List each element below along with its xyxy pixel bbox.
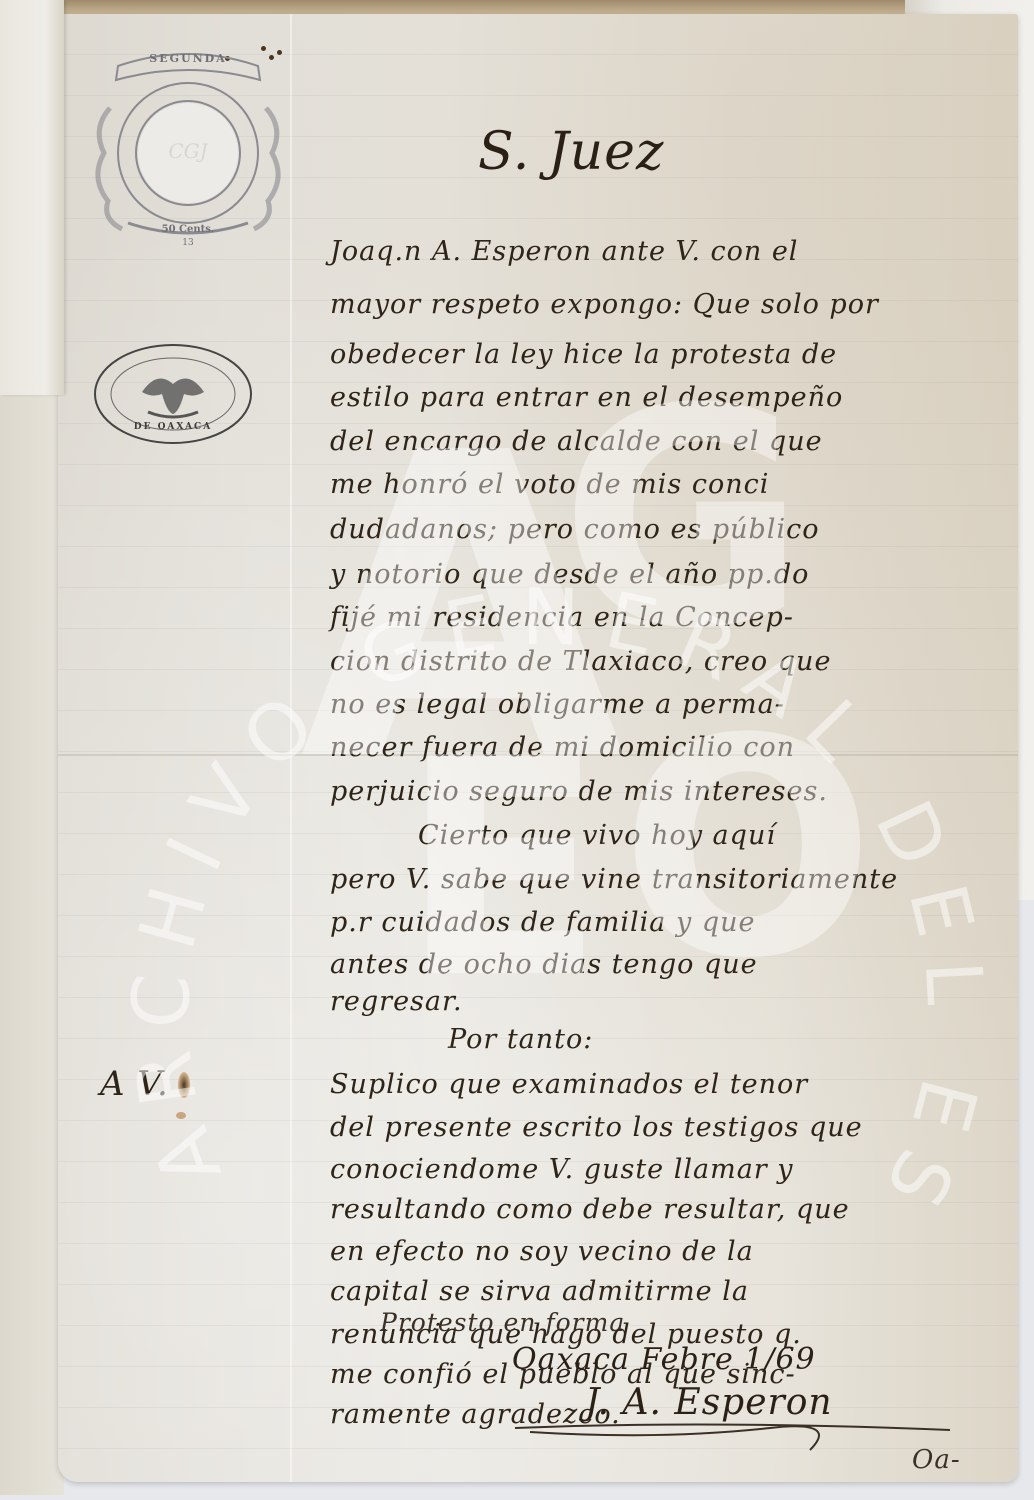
petition-line: conociendome V. guste llamar y bbox=[330, 1154, 794, 1185]
svg-text:CGJ: CGJ bbox=[168, 139, 208, 163]
tax-stamp: CGJ SEGUNDA 50 Cents. 13 bbox=[88, 38, 288, 253]
tax-stamp-number: 13 bbox=[88, 238, 288, 248]
underlying-sheet bbox=[0, 395, 64, 1495]
body-line: necer fuera de mi domicilio con bbox=[330, 732, 795, 763]
signature-flourish-icon bbox=[510, 1410, 950, 1470]
body-line: pero V. sabe que vine transitoriamente bbox=[330, 864, 898, 895]
body-line: fijé mi residencia en la Concep- bbox=[330, 602, 794, 633]
paper-stain bbox=[176, 1112, 186, 1119]
margin-note: A V. bbox=[100, 1064, 169, 1104]
document-page: CGJ SEGUNDA 50 Cents. 13 DE OAXACA S. Ju… bbox=[58, 14, 1018, 1482]
catchword: Oa- bbox=[912, 1445, 961, 1475]
petition-line: capital se sirva admitirme la bbox=[330, 1276, 749, 1307]
body-line: obedecer la ley hice la protesta de bbox=[330, 339, 837, 370]
body-line: regresar. bbox=[330, 986, 463, 1017]
petition-line: Suplico que examinados el tenor bbox=[330, 1069, 808, 1100]
margin-fold bbox=[290, 14, 292, 1482]
body-line: dudadanos; pero como es público bbox=[330, 514, 819, 545]
body-line: del encargo de alcalde con el que bbox=[330, 426, 823, 457]
seal-label: DE OAXACA bbox=[92, 422, 254, 432]
tax-stamp-value: 50 Cents. bbox=[88, 224, 288, 235]
background-edge bbox=[0, 0, 1034, 14]
body-line: Cierto que vivo hoy aquí bbox=[418, 820, 776, 851]
body-line: estilo para entrar en el desempeño bbox=[330, 382, 843, 413]
body-line: p.r cuidados de familia y que bbox=[330, 907, 755, 938]
tax-stamp-label: SEGUNDA bbox=[88, 52, 288, 65]
petition-line: del presente escrito los testigos que bbox=[330, 1112, 863, 1143]
tax-stamp-ornament-icon: CGJ bbox=[88, 38, 288, 253]
body-line: mayor respeto expongo: Que solo por bbox=[330, 289, 879, 320]
oval-seal: DE OAXACA bbox=[92, 342, 254, 446]
body-line: Joaq.n A. Esperon ante V. con el bbox=[330, 236, 798, 267]
body-line: cion distrito de Tlaxiaco, creo que bbox=[330, 646, 831, 677]
por-tanto: Por tanto: bbox=[448, 1024, 593, 1055]
ink-stain bbox=[178, 1072, 190, 1098]
petition-line: en efecto no soy vecino de la bbox=[330, 1236, 754, 1267]
folded-left-sheet bbox=[0, 0, 64, 395]
address-heading: S. Juez bbox=[478, 122, 664, 182]
closing-formula: Protesto en forma bbox=[380, 1308, 625, 1337]
body-line: antes de ocho dias tengo que bbox=[330, 949, 758, 980]
body-line: me honró el voto de mis conci bbox=[330, 469, 769, 500]
petition-line: resultando como debe resultar, que bbox=[330, 1194, 850, 1225]
body-line: perjuicio seguro de mis intereses. bbox=[330, 776, 828, 807]
body-line: no es legal obligarme a perma- bbox=[330, 689, 785, 720]
place-date: Oaxaca Febre 1/69 bbox=[512, 1342, 816, 1377]
body-line: y notorio que desde el año pp.do bbox=[330, 559, 809, 590]
